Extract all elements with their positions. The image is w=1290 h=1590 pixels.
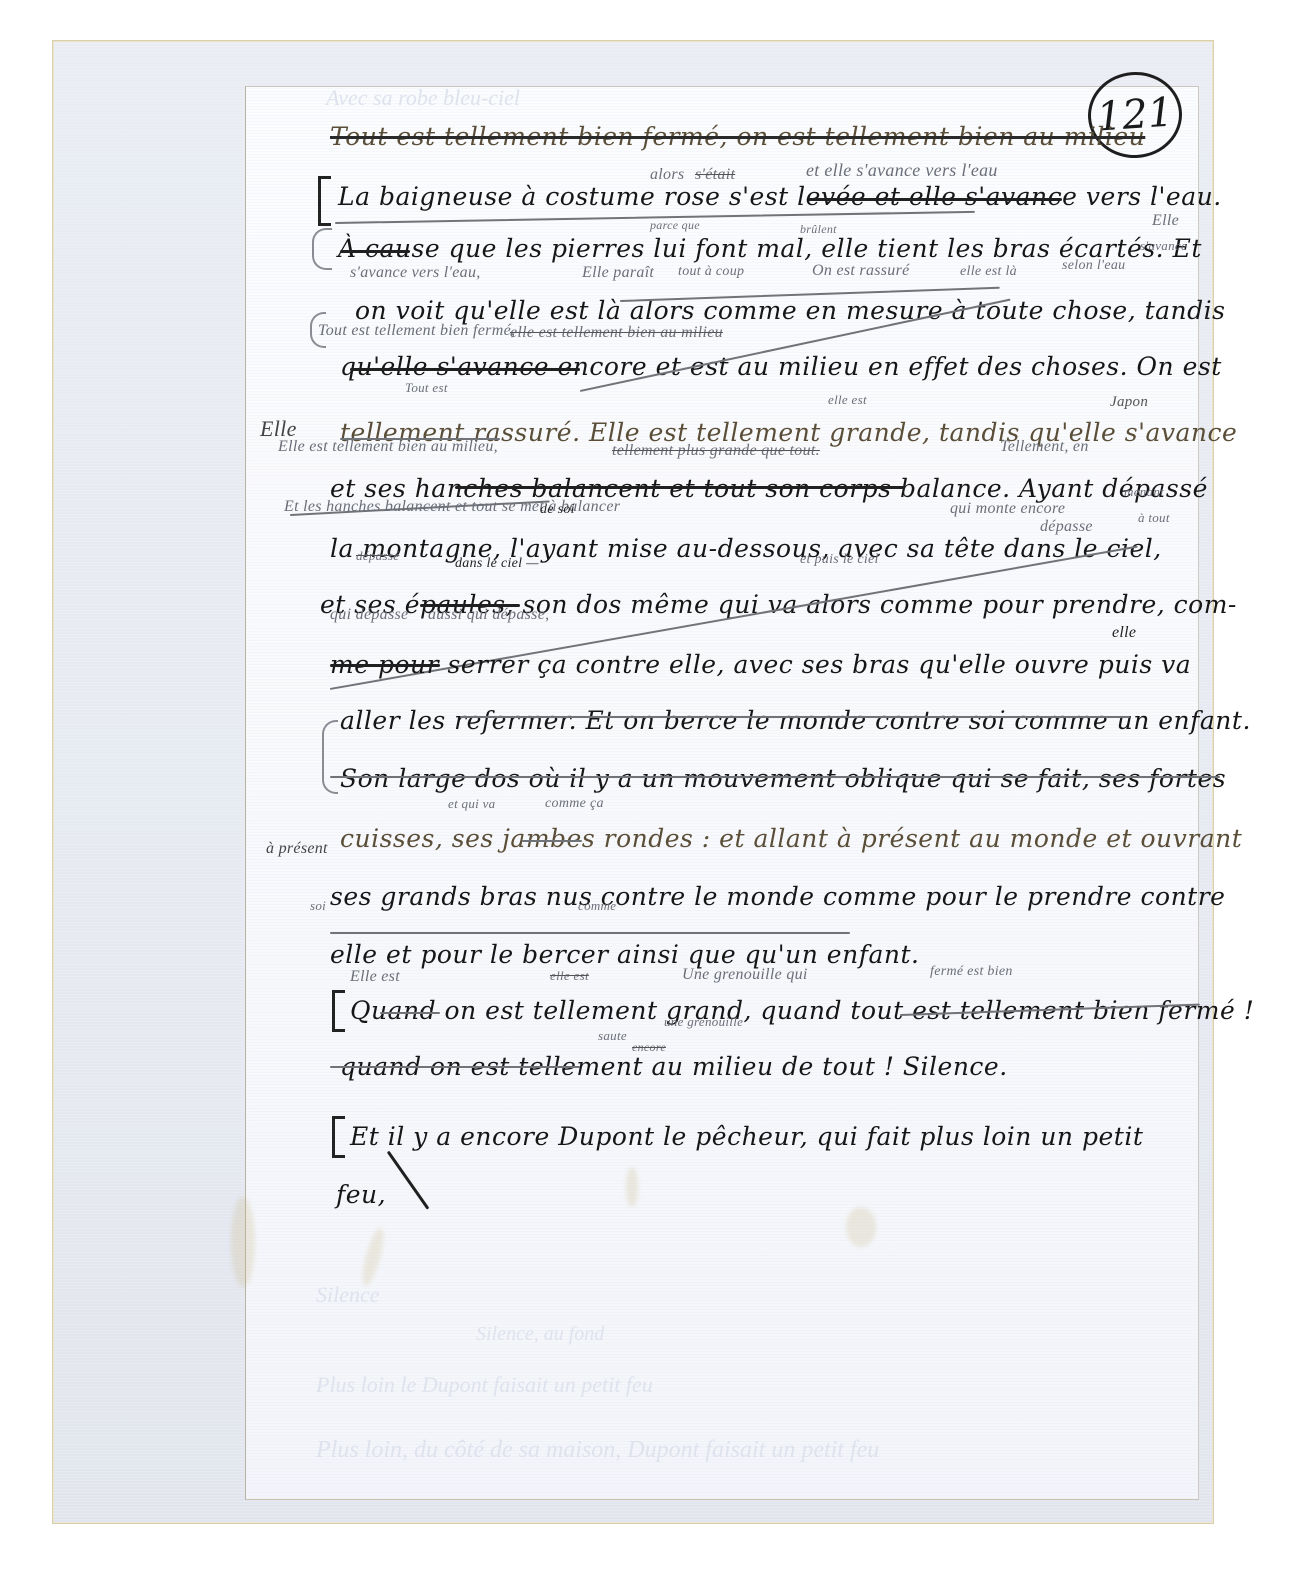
- pencil-annotation: brûlent: [800, 222, 837, 237]
- pencil-annotation: selon l'eau: [1062, 258, 1125, 274]
- text-line: qu'elle s'avance encore et est au milieu…: [340, 352, 1222, 381]
- text-line: cuisses, ses jambes rondes : et allant à…: [340, 824, 1242, 853]
- text-line: Tout est tellement bien fermé, on est te…: [330, 122, 1145, 151]
- pencil-annotation: s'avance vers l'eau,: [350, 264, 481, 282]
- pencil-annotation: s'était: [695, 166, 735, 184]
- show-through-line: Silence, au fond: [476, 1323, 604, 1346]
- bracket-mark: [332, 990, 345, 1032]
- pencil-annotation: dépassé: [356, 548, 399, 564]
- show-through-line: Avec sa robe bleu-ciel: [326, 85, 520, 111]
- bracket-mark: [318, 176, 331, 226]
- pencil-bracket: [322, 720, 338, 794]
- pencil-annotation: elle: [1112, 624, 1136, 642]
- pencil-annotation: tellement plus grande que tout.: [612, 442, 820, 460]
- pencil-annotation: tout à coup: [678, 264, 744, 280]
- pencil-annotation: soi: [310, 898, 326, 914]
- text-line: feu,: [336, 1180, 386, 1209]
- text-line: on voit qu'elle est là alors comme en me…: [355, 296, 1225, 325]
- pencil-annotation: aussi qui dépasse,: [428, 606, 549, 624]
- pencil-annotation: Tout est: [405, 380, 448, 396]
- strikethrough: [350, 368, 580, 371]
- pencil-strikethrough: [522, 840, 582, 842]
- pencil-cross-line: [330, 776, 1220, 778]
- pencil-annotation: encore: [632, 1040, 666, 1055]
- pencil-annotation: et puis le ciel: [800, 552, 879, 568]
- text-line: aller les refermer. Et on berce le monde…: [340, 706, 1251, 735]
- text-line: Et il y a encore Dupont le pêcheur, qui …: [350, 1122, 1143, 1151]
- text-line: ses grands bras nus contre le monde comm…: [330, 882, 1225, 911]
- pencil-annotation: fermé est bien: [930, 964, 1013, 980]
- pencil-annotation: Elle: [1152, 212, 1179, 230]
- pencil-annotation: Tellement, en: [1000, 438, 1089, 456]
- pencil-annotation: alors: [650, 166, 684, 184]
- pencil-annotation: de soi: [540, 502, 575, 518]
- pencil-annotation: On est rassuré: [812, 262, 910, 280]
- show-through-line: Silence: [316, 1282, 380, 1308]
- pencil-strikethrough: [380, 1012, 440, 1014]
- pencil-bracket: [312, 228, 332, 270]
- pencil-annotation: saute: [598, 1028, 627, 1044]
- pencil-annotation: elle est là: [960, 264, 1017, 280]
- show-through-line: Plus loin le Dupont faisait un petit feu: [316, 1372, 653, 1398]
- foxing-stain: [358, 1226, 387, 1288]
- strikethrough: [330, 664, 440, 667]
- pencil-annotation: comme: [578, 898, 616, 914]
- strikethrough: [455, 486, 905, 489]
- pencil-annotation: s'avance: [1140, 238, 1187, 254]
- pencil-annotation: dépasse: [1040, 518, 1093, 536]
- strikethrough: [340, 250, 410, 253]
- pencil-annotation: et qui va: [448, 796, 495, 812]
- pencil-cross-line: [460, 716, 1130, 718]
- pencil-cross-line: [330, 932, 850, 934]
- foxing-stain: [626, 1167, 638, 1207]
- pencil-annotation: elle est tellement bien au milieu: [510, 324, 723, 342]
- text-line: La baigneuse à costume rose s'est levée …: [338, 182, 1222, 211]
- pencil-annotation: à tout: [1138, 510, 1170, 526]
- text-line: Quand on est tellement grand, quand tout…: [350, 996, 1254, 1025]
- bracket-mark: [332, 1116, 345, 1158]
- pencil-annotation: elle est: [550, 968, 589, 984]
- margin-mark: Japon: [1110, 394, 1148, 411]
- text-line: Son large dos où il y a un mouvement obl…: [340, 764, 1226, 793]
- pencil-annotation: Elle est: [350, 968, 400, 986]
- pencil-annotation: elle est: [828, 392, 867, 408]
- foxing-stain: [231, 1197, 255, 1287]
- pencil-annotation: et elle s'avance vers l'eau: [806, 160, 998, 181]
- text-line: me pour serrer ça contre elle, avec ses …: [330, 650, 1191, 679]
- strikethrough: [808, 198, 1062, 201]
- pencil-annotation: Elle est tellement bien au milieu,: [278, 438, 498, 456]
- pencil-annotation: menant: [1124, 484, 1164, 500]
- pencil-annotation: parce que: [650, 218, 700, 233]
- pencil-annotation: Une grenouille qui: [682, 966, 808, 984]
- pencil-annotation: qui monte encore: [950, 500, 1065, 518]
- pencil-annotation: Tout est tellement bien fermé,: [318, 322, 515, 340]
- foxing-stain: [846, 1207, 876, 1247]
- pencil-annotation: à présent: [266, 840, 328, 858]
- text-line: elle et pour le bercer ainsi que qu'un e…: [330, 940, 919, 969]
- pencil-annotation: une grenouille: [664, 1014, 743, 1030]
- show-through-line: Plus loin, du côté de sa maison, Dupont …: [316, 1437, 879, 1464]
- pencil-annotation: qui dépasse: [330, 606, 408, 624]
- pencil-strikethrough: [330, 1066, 580, 1068]
- pencil-annotation: dans le ciel —: [455, 556, 539, 572]
- pencil-annotation: Elle paraît: [582, 264, 654, 282]
- pencil-annotation: comme ça: [545, 796, 604, 812]
- margin-mark: Elle: [260, 416, 297, 442]
